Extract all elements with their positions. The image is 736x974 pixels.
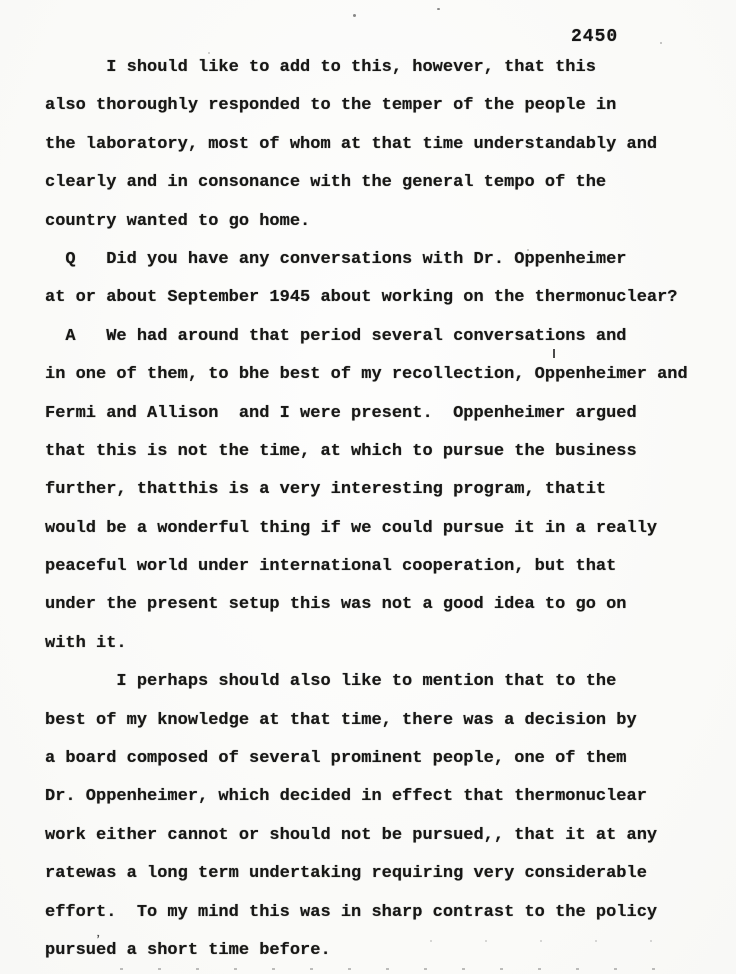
text-line: in one of them, to bhe best of my recoll… [45, 356, 736, 394]
scan-speckle [353, 14, 356, 17]
page-number: 2450 [571, 27, 618, 47]
text-line: effort. To my mind this was in sharp con… [45, 894, 736, 932]
text-line: I should like to add to this, however, t… [45, 49, 736, 87]
scan-edge-artifact [430, 940, 690, 942]
text-line: ratewas a long term undertaking requirin… [45, 855, 736, 893]
text-line: Dr. Oppenheimer, which decided in effect… [45, 778, 736, 816]
text-line: further, thatthis is a very interesting … [45, 471, 736, 509]
text-line: at or about September 1945 about working… [45, 279, 736, 317]
scan-speckle [527, 249, 529, 251]
text-line: Q Did you have any conversations with Dr… [45, 241, 736, 279]
text-line: the laboratory, most of whom at that tim… [45, 126, 736, 164]
document-page: 2450 I should like to add to this, howev… [0, 0, 736, 974]
text-line: also thoroughly responded to the temper … [45, 87, 736, 125]
text-line: pursued a short time before. [45, 932, 736, 970]
page-lines: I should like to add to this, however, t… [45, 49, 736, 970]
text-line: would be a wonderful thing if we could p… [45, 510, 736, 548]
text-line: a board composed of several prominent pe… [45, 740, 736, 778]
text-line: best of my knowledge at that time, there… [45, 702, 736, 740]
text-line: with it. [45, 625, 736, 663]
text-line: Fermi and Allison and I were present. Op… [45, 395, 736, 433]
text-line: I perhaps should also like to mention th… [45, 663, 736, 701]
text-line: A We had around that period several conv… [45, 318, 736, 356]
stray-tick-mark [553, 349, 555, 358]
scan-speckle [208, 52, 210, 54]
text-line: clearly and in consonance with the gener… [45, 164, 736, 202]
text-line: under the present setup this was not a g… [45, 586, 736, 624]
scan-speckle [437, 8, 440, 10]
text-line: work either cannot or should not be purs… [45, 817, 736, 855]
scan-speckle [660, 42, 662, 44]
scan-edge-artifact [120, 968, 680, 970]
text-line: that this is not the time, at which to p… [45, 433, 736, 471]
text-line: country wanted to go home. [45, 203, 736, 241]
text-line: peaceful world under international coope… [45, 548, 736, 586]
